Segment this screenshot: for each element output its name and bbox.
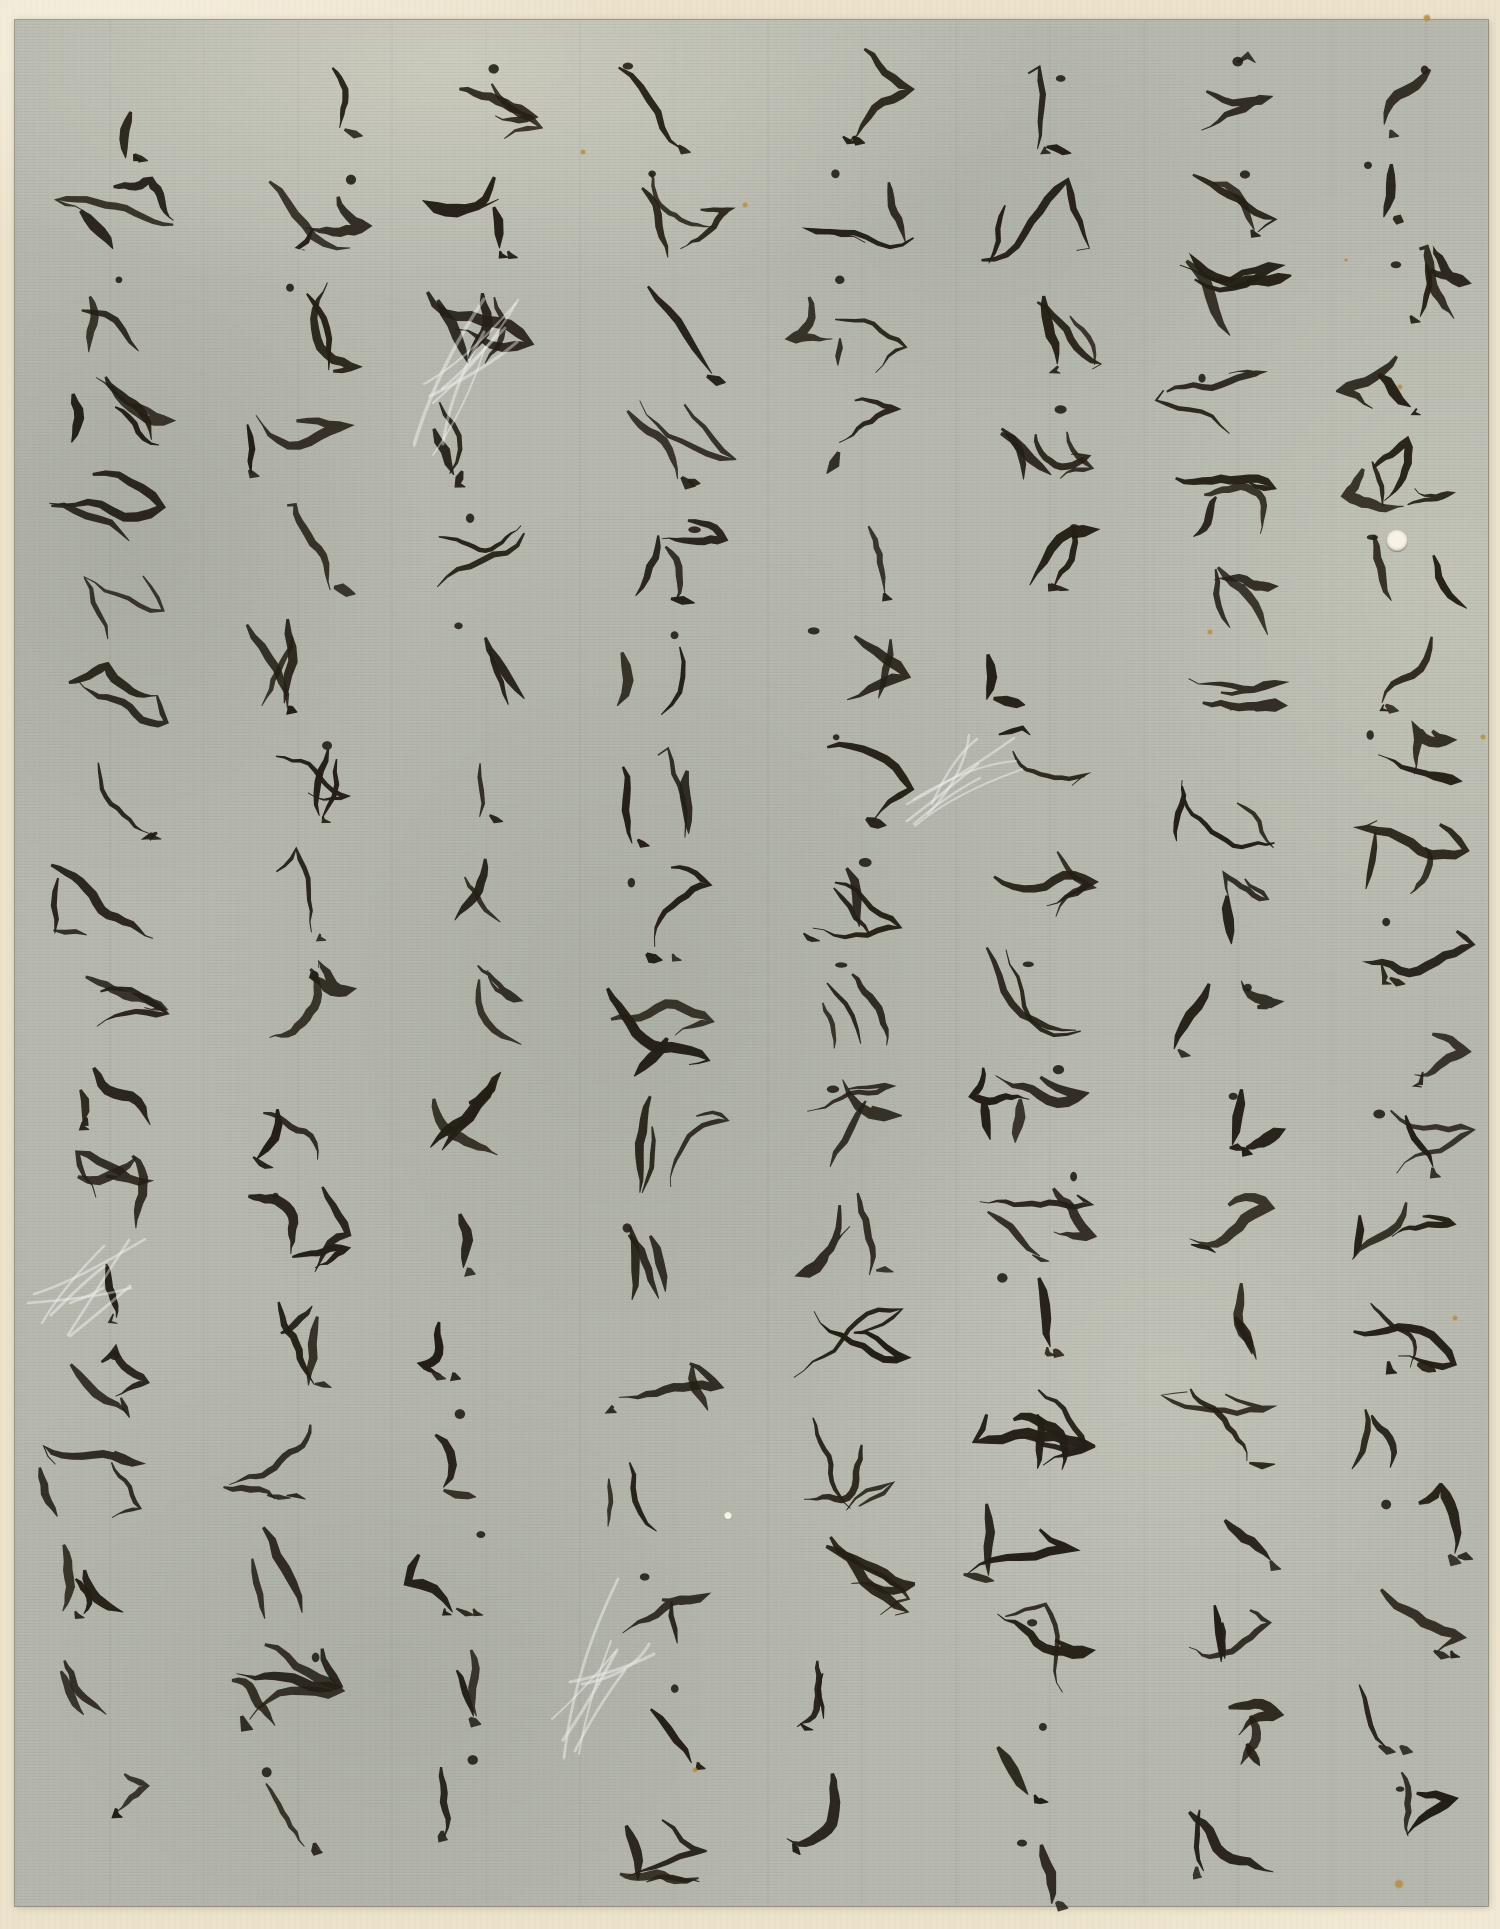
text-column-5 — [583, 41, 744, 1902]
calligraphy-character — [1156, 556, 1284, 642]
brush-stroke-glyph — [228, 497, 358, 597]
calligraphy-character — [784, 1296, 913, 1401]
brush-stroke-glyph — [608, 389, 737, 491]
brush-stroke-glyph — [1345, 529, 1473, 614]
brush-stroke-glyph — [979, 62, 1108, 157]
calligraphy-character — [26, 1340, 156, 1426]
calligraphy-character — [1162, 662, 1290, 747]
calligraphy-character — [1157, 1789, 1285, 1880]
scanned-calligraphy-sheet — [0, 0, 1500, 1929]
brush-stroke-glyph — [413, 1064, 542, 1162]
brush-stroke-glyph — [588, 975, 717, 1084]
calligraphy-character — [605, 1089, 734, 1200]
brush-stroke-glyph — [1147, 865, 1275, 955]
calligraphy-character — [231, 727, 361, 827]
brush-stroke-glyph — [1341, 1390, 1469, 1478]
brush-stroke-glyph — [774, 1757, 903, 1863]
brush-stroke-glyph — [598, 1207, 727, 1309]
calligraphy-character — [409, 1286, 538, 1384]
calligraphy-columns — [15, 20, 1488, 1906]
calligraphy-character — [972, 176, 1101, 271]
brush-stroke-glyph — [974, 501, 1103, 595]
brush-stroke-glyph — [36, 1052, 166, 1135]
calligraphy-character — [1148, 1174, 1276, 1259]
brush-stroke-glyph — [1342, 149, 1470, 230]
brush-stroke-glyph — [1147, 1581, 1275, 1670]
brush-stroke-glyph — [211, 1750, 341, 1857]
calligraphy-character — [48, 367, 178, 450]
brush-stroke-glyph — [1157, 1789, 1285, 1880]
calligraphy-character — [1161, 1071, 1289, 1158]
calligraphy-character — [591, 742, 720, 850]
calligraphy-character — [1147, 865, 1275, 955]
brush-stroke-glyph — [45, 565, 175, 657]
calligraphy-character — [778, 956, 907, 1057]
calligraphy-character — [1145, 355, 1273, 447]
calligraphy-character — [967, 1376, 1096, 1479]
calligraphy-character — [1355, 51, 1483, 140]
brush-stroke-glyph — [1336, 338, 1464, 419]
brush-stroke-glyph — [979, 280, 1108, 377]
calligraphy-character — [776, 843, 905, 945]
brush-stroke-glyph — [42, 461, 172, 554]
brush-stroke-glyph — [583, 1438, 712, 1538]
calligraphy-character — [234, 273, 364, 382]
brush-stroke-glyph — [390, 1627, 519, 1729]
brush-stroke-glyph — [784, 1296, 913, 1401]
brush-stroke-glyph — [1336, 718, 1464, 797]
calligraphy-character — [608, 389, 737, 491]
brush-stroke-glyph — [49, 661, 179, 750]
calligraphy-character — [415, 159, 544, 262]
brush-stroke-glyph — [215, 1409, 345, 1507]
brush-stroke-glyph — [1140, 1275, 1268, 1365]
calligraphy-character — [783, 270, 912, 379]
calligraphy-character — [784, 496, 913, 603]
calligraphy-character — [49, 661, 179, 750]
brush-stroke-glyph — [776, 843, 905, 945]
calligraphy-character — [968, 1601, 1097, 1703]
brush-stroke-glyph — [229, 843, 359, 945]
calligraphy-character — [401, 835, 530, 932]
calligraphy-character — [1354, 1483, 1482, 1567]
brush-stroke-glyph — [235, 1069, 365, 1173]
text-column-6 — [391, 47, 556, 1853]
calligraphy-character — [598, 1207, 727, 1309]
calligraphy-character — [1336, 718, 1464, 797]
calligraphy-character — [230, 380, 360, 482]
brush-stroke-glyph — [959, 1266, 1088, 1360]
calligraphy-character — [1152, 456, 1280, 544]
calligraphy-character — [592, 857, 721, 964]
calligraphy-character — [415, 52, 544, 151]
brush-stroke-glyph — [391, 1399, 520, 1501]
brush-stroke-glyph — [397, 1742, 526, 1845]
calligraphy-character — [1342, 149, 1470, 230]
calligraphy-character — [970, 724, 1099, 821]
calligraphy-character — [1159, 1685, 1287, 1772]
calligraphy-character — [409, 387, 538, 492]
calligraphy-character — [974, 501, 1103, 595]
calligraphy-character — [964, 609, 1093, 710]
brush-stroke-glyph — [970, 724, 1099, 821]
calligraphy-character — [1336, 1671, 1464, 1756]
brush-stroke-glyph — [221, 1631, 351, 1734]
brush-stroke-glyph — [39, 756, 169, 843]
calligraphy-character — [45, 565, 175, 657]
brush-stroke-glyph — [616, 158, 745, 269]
calligraphy-character — [36, 1052, 166, 1135]
calligraphy-character — [1345, 242, 1473, 326]
calligraphy-character — [21, 1538, 151, 1622]
brush-stroke-glyph — [605, 1089, 734, 1200]
calligraphy-character — [1337, 1194, 1465, 1273]
brush-stroke-glyph — [398, 953, 527, 1051]
calligraphy-character — [1155, 762, 1283, 853]
brush-stroke-glyph — [401, 835, 530, 932]
calligraphy-character — [1333, 1292, 1461, 1377]
calligraphy-character — [794, 156, 923, 254]
brush-stroke-glyph — [777, 1411, 906, 1518]
calligraphy-character — [975, 834, 1104, 930]
brush-stroke-glyph — [782, 1635, 911, 1734]
brush-stroke-glyph — [245, 39, 375, 140]
brush-stroke-glyph — [601, 1318, 730, 1417]
calligraphy-character — [245, 39, 375, 140]
calligraphy-character — [603, 621, 732, 724]
calligraphy-character — [777, 1411, 906, 1518]
brush-stroke-glyph — [48, 367, 178, 450]
calligraphy-character — [228, 1179, 358, 1279]
brush-stroke-glyph — [970, 396, 1099, 489]
calligraphy-character — [56, 269, 186, 362]
brush-stroke-glyph — [1156, 556, 1284, 642]
brush-stroke-glyph — [1155, 762, 1283, 853]
calligraphy-character — [53, 172, 183, 255]
brush-stroke-glyph — [230, 610, 360, 717]
brush-stroke-glyph — [1338, 629, 1466, 715]
brush-stroke-glyph — [963, 1708, 1092, 1807]
calligraphy-character — [235, 1069, 365, 1173]
brush-stroke-glyph — [413, 612, 542, 715]
brush-stroke-glyph — [230, 955, 360, 1056]
calligraphy-character — [1337, 435, 1465, 515]
brush-stroke-glyph — [1345, 814, 1473, 901]
calligraphy-character — [1340, 1580, 1468, 1661]
brush-stroke-glyph — [228, 1179, 358, 1279]
brush-stroke-glyph — [1160, 972, 1288, 1060]
calligraphy-character — [29, 1146, 159, 1234]
calligraphy-character — [787, 1525, 916, 1623]
calligraphy-character — [967, 1819, 1096, 1913]
calligraphy-character — [39, 756, 169, 843]
calligraphy-character — [1337, 1767, 1465, 1845]
brush-stroke-glyph — [967, 1819, 1096, 1913]
brush-stroke-glyph — [409, 723, 538, 826]
brush-stroke-glyph — [409, 1286, 538, 1384]
brush-stroke-glyph — [781, 385, 910, 488]
brush-stroke-glyph — [1148, 1174, 1276, 1259]
brush-stroke-glyph — [787, 1187, 916, 1284]
calligraphy-character — [970, 396, 1099, 489]
calligraphy-character — [601, 1318, 730, 1417]
calligraphy-character — [1147, 1581, 1275, 1670]
calligraphy-character — [1341, 1390, 1469, 1478]
calligraphy-character — [1353, 1103, 1481, 1181]
brush-stroke-glyph — [46, 951, 176, 1036]
calligraphy-character — [616, 158, 745, 269]
calligraphy-character — [774, 1757, 903, 1863]
brush-stroke-glyph — [26, 1340, 156, 1426]
brush-stroke-glyph — [415, 52, 544, 151]
brush-stroke-glyph — [1157, 1479, 1285, 1573]
text-column-2 — [1143, 46, 1288, 1886]
brush-stroke-glyph — [787, 609, 916, 707]
calligraphy-character — [960, 941, 1089, 1041]
text-column-7 — [208, 41, 378, 1863]
calligraphy-character — [1345, 814, 1473, 901]
calligraphy-character — [961, 1051, 1090, 1151]
calligraphy-character — [975, 1162, 1104, 1266]
calligraphy-character — [1144, 51, 1272, 139]
calligraphy-character — [29, 1733, 159, 1822]
calligraphy-character — [49, 73, 179, 165]
brush-stroke-glyph — [972, 176, 1101, 271]
calligraphy-character — [1150, 153, 1278, 240]
brush-stroke-glyph — [773, 1071, 902, 1178]
calligraphy-character — [408, 274, 537, 371]
calligraphy-character — [1163, 250, 1291, 341]
calligraphy-character — [230, 610, 360, 717]
brush-stroke-glyph — [23, 1440, 153, 1526]
brush-stroke-glyph — [579, 1788, 708, 1888]
brush-stroke-glyph — [408, 274, 537, 371]
calligraphy-character — [1348, 1008, 1476, 1091]
brush-stroke-glyph — [409, 502, 538, 599]
calligraphy-character — [212, 1295, 342, 1394]
calligraphy-character — [1338, 629, 1466, 715]
calligraphy-character — [42, 461, 172, 554]
brush-stroke-glyph — [230, 380, 360, 482]
brush-stroke-glyph — [591, 742, 720, 850]
calligraphy-character — [782, 1635, 911, 1734]
calligraphy-character — [216, 1519, 346, 1628]
calligraphy-character — [397, 1514, 526, 1620]
calligraphy-character — [959, 1266, 1088, 1360]
calligraphy-character — [787, 609, 916, 707]
brush-stroke-glyph — [1355, 51, 1483, 140]
brush-stroke-glyph — [1145, 355, 1273, 447]
brush-stroke-glyph — [1150, 153, 1278, 240]
brush-stroke-glyph — [1337, 435, 1465, 515]
calligraphy-character — [413, 612, 542, 715]
brush-stroke-glyph — [778, 956, 907, 1057]
brush-stroke-glyph — [21, 1538, 151, 1622]
brush-stroke-glyph — [1345, 242, 1473, 326]
brush-stroke-glyph — [53, 172, 183, 255]
calligraphy-character — [956, 1485, 1085, 1586]
calligraphy-character — [598, 275, 727, 386]
calligraphy-character — [1140, 1275, 1268, 1365]
manuscript-paper — [15, 20, 1488, 1906]
brush-stroke-glyph — [1159, 1685, 1287, 1772]
brush-stroke-glyph — [600, 47, 729, 156]
text-column-8 — [16, 71, 190, 1831]
brush-stroke-glyph — [234, 273, 364, 382]
calligraphy-character — [1353, 908, 1481, 988]
calligraphy-character — [790, 724, 919, 830]
brush-stroke-glyph — [1155, 1378, 1283, 1473]
brush-stroke-glyph — [29, 1733, 159, 1822]
brush-stroke-glyph — [582, 1556, 711, 1659]
brush-stroke-glyph — [964, 609, 1093, 710]
brush-stroke-glyph — [956, 1485, 1085, 1586]
calligraphy-character — [211, 1750, 341, 1857]
brush-stroke-glyph — [598, 275, 727, 386]
brush-stroke-glyph — [1336, 1671, 1464, 1756]
brush-stroke-glyph — [397, 1514, 526, 1620]
brush-stroke-glyph — [603, 621, 732, 724]
brush-stroke-glyph — [216, 1519, 346, 1628]
brush-stroke-glyph — [231, 727, 361, 827]
brush-stroke-glyph — [1162, 662, 1290, 747]
calligraphy-character — [413, 1064, 542, 1162]
brush-stroke-glyph — [1354, 1483, 1482, 1567]
brush-stroke-glyph — [794, 156, 923, 254]
calligraphy-character — [583, 1438, 712, 1538]
calligraphy-character — [979, 62, 1108, 157]
brush-stroke-glyph — [960, 941, 1089, 1041]
brush-stroke-glyph — [790, 724, 919, 830]
brush-stroke-glyph — [1333, 1292, 1461, 1377]
calligraphy-character — [23, 1440, 153, 1526]
calligraphy-character — [230, 955, 360, 1056]
calligraphy-character — [587, 1670, 716, 1772]
brush-stroke-glyph — [1353, 908, 1481, 988]
text-column-4 — [771, 39, 926, 1866]
calligraphy-character — [781, 385, 910, 488]
calligraphy-character — [1345, 529, 1473, 614]
brush-stroke-glyph — [415, 159, 544, 262]
calligraphy-character — [588, 975, 717, 1084]
calligraphy-character — [1157, 1479, 1285, 1573]
brush-stroke-glyph — [607, 507, 736, 609]
brush-stroke-glyph — [1152, 456, 1280, 544]
calligraphy-character — [607, 507, 736, 609]
calligraphy-character — [979, 280, 1108, 377]
calligraphy-character — [29, 1246, 159, 1328]
brush-stroke-glyph — [1144, 51, 1272, 139]
calligraphy-character — [582, 1556, 711, 1659]
brush-stroke-glyph — [1337, 1194, 1465, 1273]
brush-stroke-glyph — [975, 1162, 1104, 1266]
calligraphy-character — [407, 1178, 536, 1279]
calligraphy-character — [221, 1631, 351, 1734]
calligraphy-character — [1160, 972, 1288, 1060]
calligraphy-character — [787, 1187, 916, 1284]
calligraphy-character — [792, 40, 921, 147]
brush-stroke-glyph — [961, 1051, 1090, 1151]
brush-stroke-glyph — [29, 1246, 159, 1328]
brush-stroke-glyph — [975, 834, 1104, 930]
calligraphy-character — [390, 1627, 519, 1729]
brush-stroke-glyph — [1348, 1008, 1476, 1091]
calligraphy-character — [1155, 1378, 1283, 1473]
brush-stroke-glyph — [792, 40, 921, 147]
brush-stroke-glyph — [1337, 1767, 1465, 1845]
brush-stroke-glyph — [1340, 1580, 1468, 1661]
calligraphy-character — [248, 157, 378, 255]
calligraphy-character — [229, 843, 359, 945]
calligraphy-character — [33, 854, 163, 945]
brush-stroke-glyph — [587, 1670, 716, 1772]
brush-stroke-glyph — [1161, 1071, 1289, 1158]
brush-stroke-glyph — [56, 269, 186, 362]
text-column-1 — [1338, 52, 1478, 1862]
brush-stroke-glyph — [967, 1376, 1096, 1479]
brush-stroke-glyph — [784, 496, 913, 603]
brush-stroke-glyph — [1163, 250, 1291, 341]
brush-stroke-glyph — [1353, 1103, 1481, 1181]
calligraphy-character — [46, 951, 176, 1036]
calligraphy-character — [391, 1399, 520, 1501]
brush-stroke-glyph — [33, 854, 163, 945]
brush-stroke-glyph — [49, 73, 179, 165]
calligraphy-character — [215, 1409, 345, 1507]
calligraphy-character — [963, 1708, 1092, 1807]
calligraphy-character — [579, 1788, 708, 1888]
brush-stroke-glyph — [409, 387, 538, 492]
brush-stroke-glyph — [592, 857, 721, 964]
brush-stroke-glyph — [248, 157, 378, 255]
calligraphy-character — [397, 1742, 526, 1845]
calligraphy-character — [409, 723, 538, 826]
brush-stroke-glyph — [968, 1601, 1097, 1703]
brush-stroke-glyph — [787, 1525, 916, 1623]
calligraphy-character — [26, 1634, 156, 1722]
brush-stroke-glyph — [212, 1295, 342, 1394]
calligraphy-character — [1336, 338, 1464, 419]
brush-stroke-glyph — [407, 1178, 536, 1279]
calligraphy-character — [773, 1071, 902, 1178]
brush-stroke-glyph — [29, 1146, 159, 1234]
brush-stroke-glyph — [783, 270, 912, 379]
calligraphy-character — [228, 497, 358, 597]
calligraphy-character — [398, 953, 527, 1051]
brush-stroke-glyph — [26, 1634, 156, 1722]
text-column-3 — [957, 62, 1107, 1926]
calligraphy-character — [409, 502, 538, 599]
calligraphy-character — [600, 47, 729, 156]
